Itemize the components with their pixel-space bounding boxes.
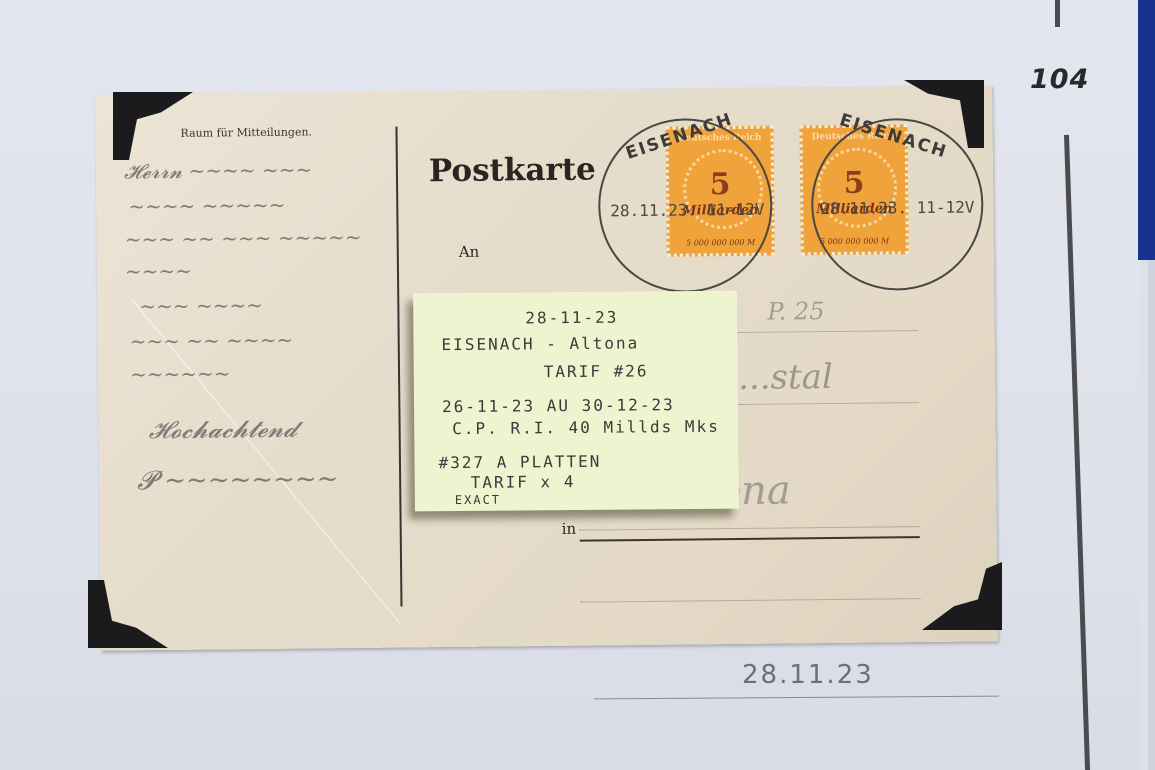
page-number: 104 [1030, 64, 1089, 95]
address-dots [580, 598, 920, 603]
note-line-multiplier: TARIF x 4 [471, 472, 576, 492]
album-binder-edge [1138, 0, 1155, 260]
message-header: Raum für Mitteilungen. [180, 125, 312, 139]
handwriting-line: ~~~~~~ [130, 361, 231, 386]
signature-closing: 𝓗𝓸𝓬𝓱𝓪𝓬𝓱𝓽𝓮𝓷𝓭 [148, 415, 297, 445]
note-line-rate: C.P. R.I. 40 Millds Mks [452, 417, 720, 438]
note-line-date: 28-11-23 [525, 308, 618, 328]
postmark-date: 28.11.23. 11-12V [610, 200, 764, 221]
note-line-route: EISENACH - Altona [441, 333, 639, 354]
handwriting-line: ~~~~ ~~~~~ [128, 193, 285, 219]
address-line-1: P. 25 [767, 297, 824, 326]
postcard-title: Postkarte [429, 151, 596, 189]
note-line-tarif: TARIF #26 [544, 361, 649, 381]
signature-name: 𝓟 ~~~~~~~~ [137, 464, 339, 497]
note-line-catalog: #327 A PLATTEN [438, 452, 601, 472]
address-prefix: An [459, 243, 480, 261]
album-date-annotation: 28.11.23 [742, 660, 874, 690]
address-underline [580, 536, 920, 542]
postmark-date: 28.11.23. 11-12V [820, 198, 974, 219]
handwriting-line: ~~~ ~~ ~~~~ [130, 328, 294, 354]
address-line-2: ...stal [738, 357, 833, 398]
handwriting-line: 𝓗𝓮𝓻𝓻𝓷 ~~~~ ~~~ [124, 157, 313, 183]
note-line-exact: EXACT [455, 493, 501, 507]
address-dots [580, 526, 920, 531]
handwriting-line: ~~~ ~~ ~~~ ~~~~~ [125, 225, 362, 251]
sticky-note: 28-11-23 EISENACH - Altona TARIF #26 26-… [413, 291, 739, 512]
note-line-period: 26-11-23 AU 30-12-23 [442, 395, 675, 416]
page-margin [1148, 260, 1155, 770]
place-prefix: in [562, 520, 577, 538]
card-divider [395, 127, 402, 607]
vertical-rule-top [1055, 0, 1060, 27]
handwriting-line: ~~~~ [125, 259, 192, 284]
handwriting-line: ~~~ ~~~~ [139, 293, 263, 318]
